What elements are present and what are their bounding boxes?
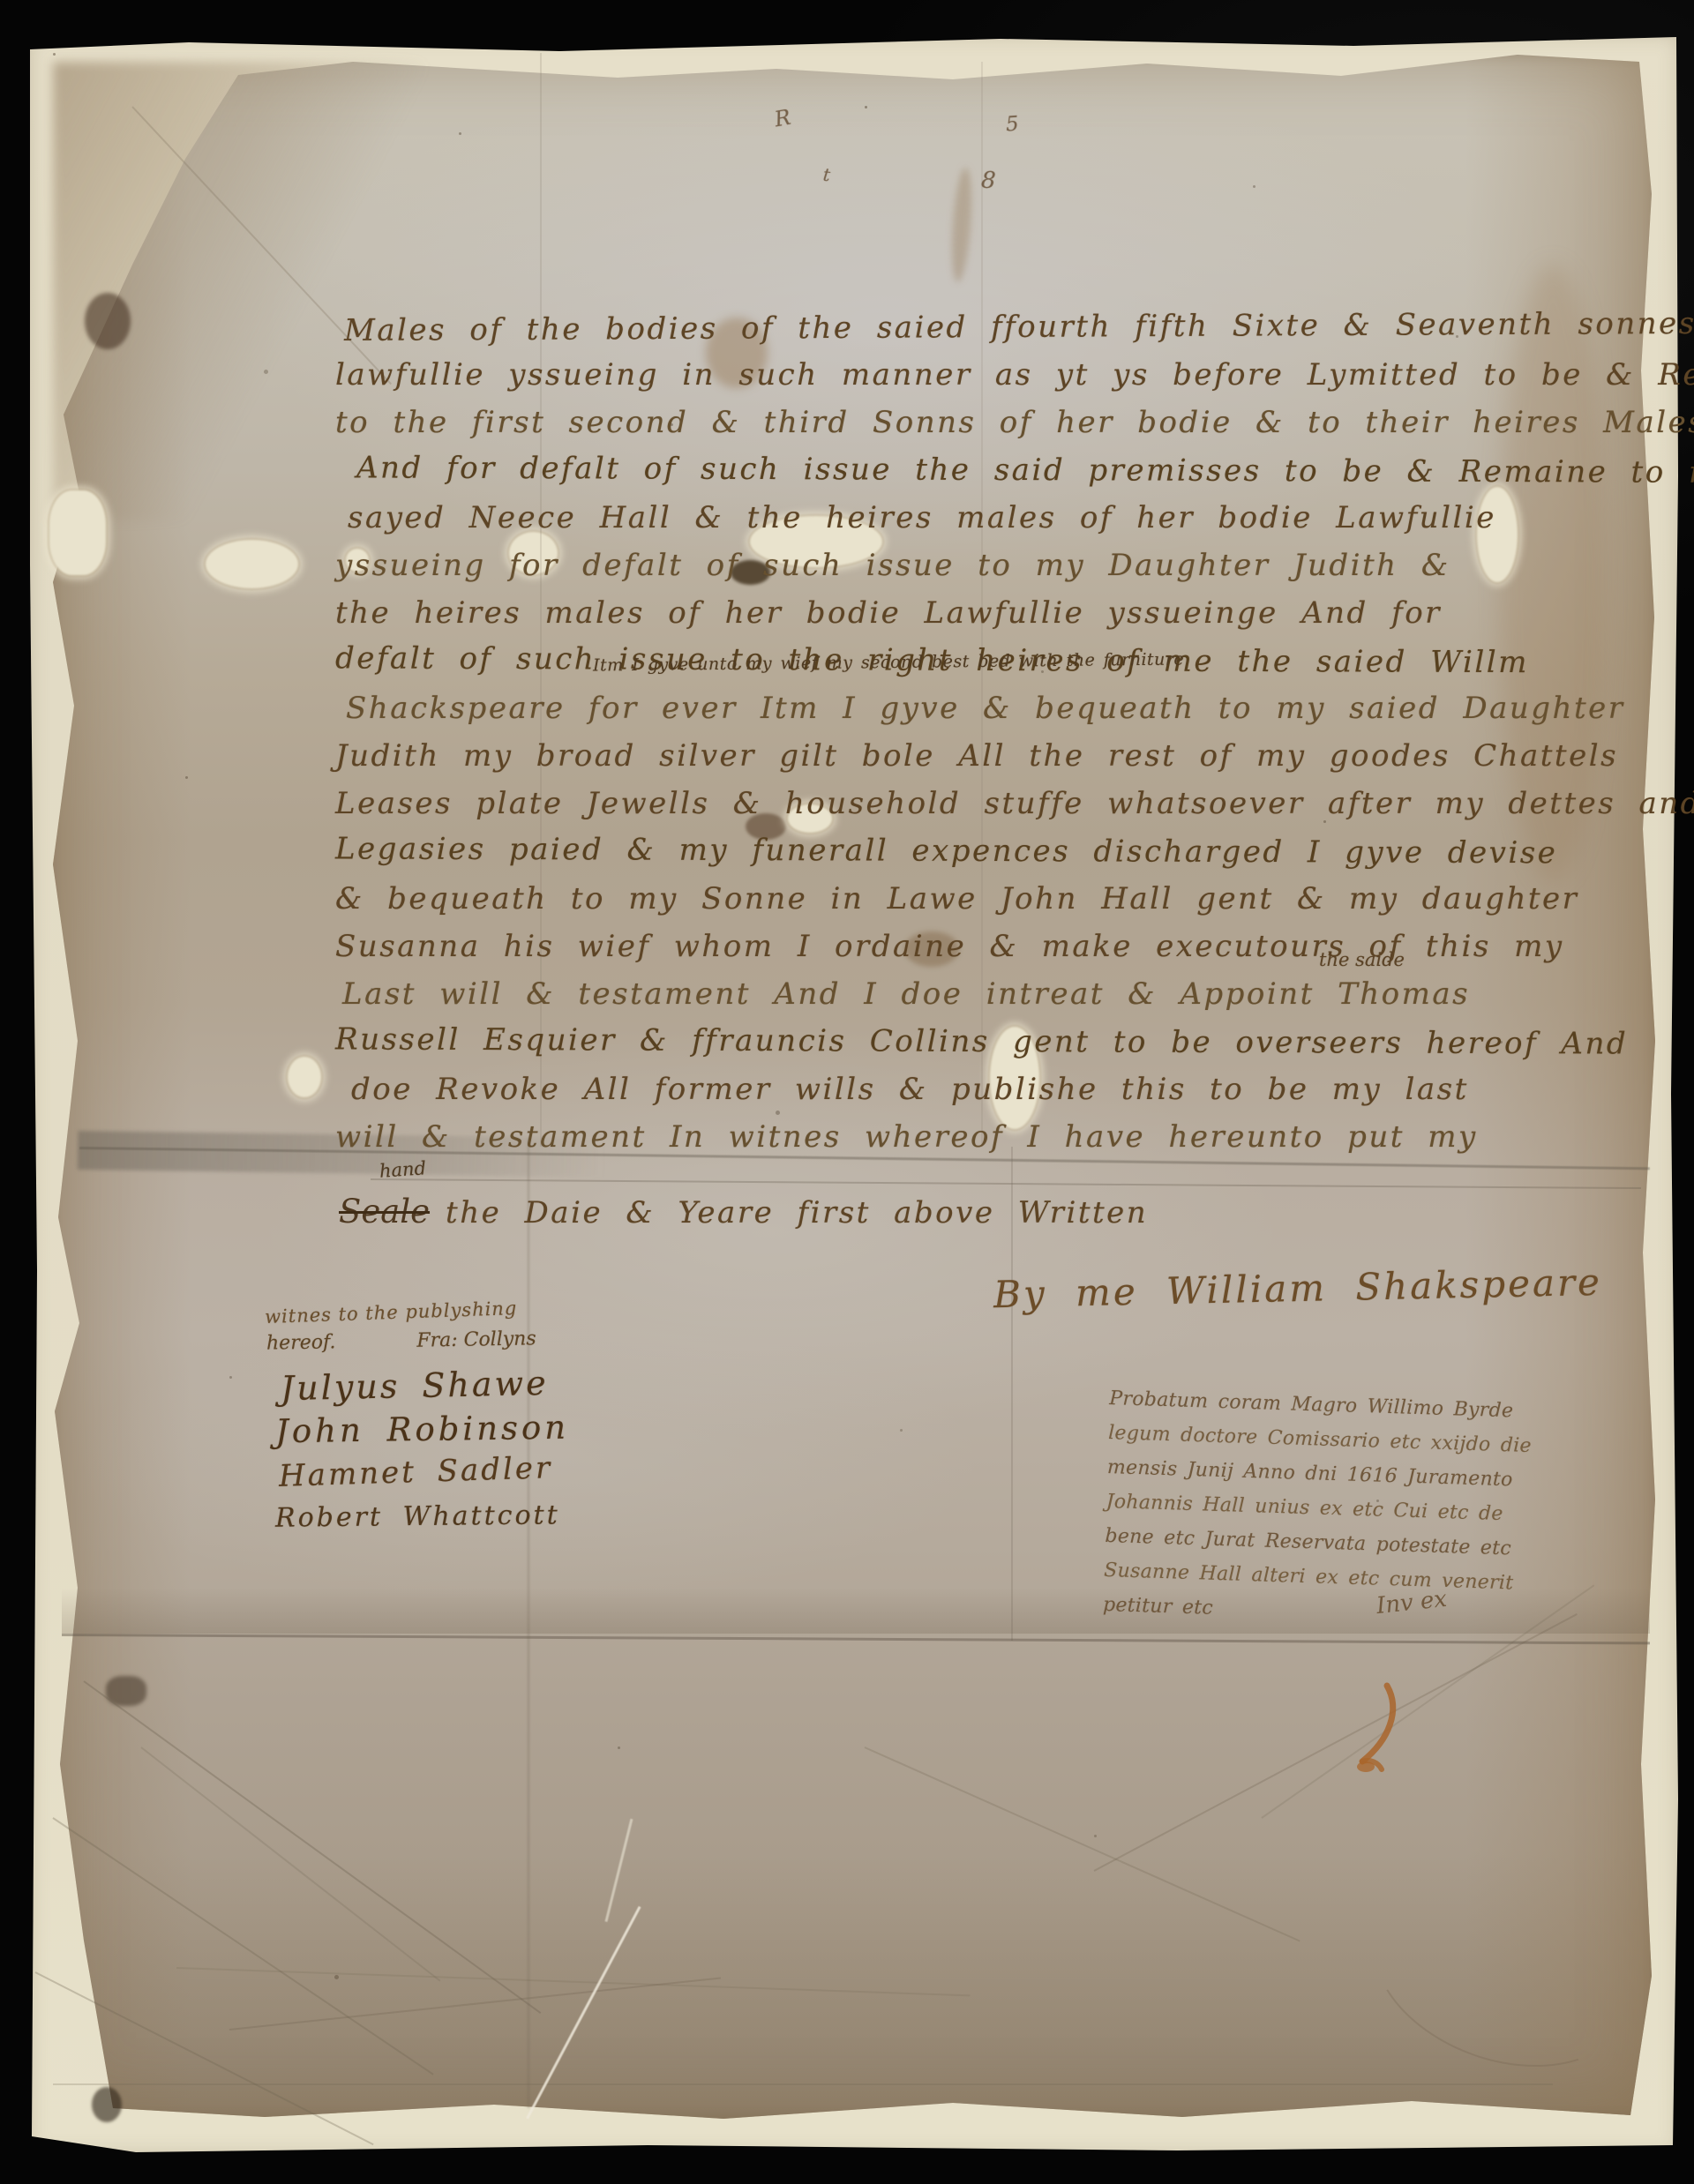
attestation-hereof: hereof. bbox=[266, 1331, 336, 1354]
witness-signature: Julyus Shawe bbox=[281, 1364, 549, 1408]
will-text-line: And for defalt of such issue the said pr… bbox=[356, 444, 1659, 496]
probate-note: Probatum coram Magro Willimo Byrdelegum … bbox=[1102, 1381, 1638, 1639]
stain bbox=[92, 2087, 122, 2122]
witness-signature: Robert Whattcott bbox=[275, 1500, 560, 1533]
will-text-line: Males of the bodies of the saied ffourth… bbox=[344, 300, 1659, 355]
crease-line bbox=[53, 2083, 1553, 2085]
will-text-line: Legasies paied & my funerall expences di… bbox=[335, 825, 1659, 877]
will-text-line: to the first second & third Sonns of her… bbox=[335, 399, 1659, 446]
will-text-line: Last will & testament And I doe intreat … bbox=[342, 970, 1659, 1018]
witness-signature: John Robinson bbox=[275, 1409, 570, 1451]
edge-tear bbox=[49, 490, 106, 575]
witness-signature-collyns: Fra: Collyns bbox=[416, 1328, 536, 1351]
stain bbox=[85, 293, 131, 349]
stray-mark: 5 bbox=[1005, 113, 1019, 137]
witness-signatures: Julyus ShaweJohn RobinsonHamnet SadlerRo… bbox=[275, 1366, 681, 1560]
red-ink-mark bbox=[1348, 1680, 1410, 1790]
will-text-line: the heires males of her bodie Lawfullie … bbox=[335, 589, 1659, 637]
dirt-specks bbox=[53, 53, 56, 56]
will-text-line: will & testament In witnes whereof I hav… bbox=[335, 1113, 1659, 1161]
witness-signature: Hamnet Sadler bbox=[278, 1450, 552, 1494]
paper-hole bbox=[288, 1057, 321, 1097]
interlineation-the-saide: the saide bbox=[1319, 949, 1405, 970]
will-text-line: Judith my broad silver gilt bole All the… bbox=[335, 732, 1659, 780]
will-text-line: yssueing for defalt of such issue to my … bbox=[335, 542, 1659, 589]
paper-hole bbox=[206, 540, 298, 588]
red-ink-mark-glyph bbox=[1348, 1680, 1410, 1786]
will-text-line: Shackspeare for ever Itm I gyve & bequea… bbox=[346, 684, 1659, 732]
will-text-line: sayed Neece Hall & the heires males of h… bbox=[348, 494, 1659, 542]
witness-attestation-line2: hereof. Fra: Collyns bbox=[266, 1328, 536, 1354]
will-text-line: & bequeath to my Sonne in Lawe John Hall… bbox=[335, 875, 1659, 923]
photograph-of-will-page: Rt58 Males of the bodies of the saied ff… bbox=[0, 0, 1694, 2184]
will-text-block: Males of the bodies of the saied ffourth… bbox=[335, 303, 1659, 1161]
will-text-line: Susanna his wief whom I ordaine & make e… bbox=[335, 923, 1659, 970]
will-text-line: doe Revoke All former wills & publishe t… bbox=[351, 1066, 1659, 1113]
will-final-line: Sealethe Daie & Yeare first above Writte… bbox=[339, 1193, 1148, 1230]
stray-mark: 8 bbox=[980, 168, 996, 195]
will-text-line: Leases plate Jewells & household stuffe … bbox=[335, 780, 1659, 827]
inserted-word-hand: hand bbox=[379, 1157, 427, 1182]
will-text-line: lawfullie yssueing in such manner as yt … bbox=[335, 351, 1659, 399]
struck-word-seale: Seale bbox=[339, 1193, 430, 1230]
final-line-text: the Daie & Yeare first above Written bbox=[446, 1195, 1148, 1230]
will-text-line: Russell Esquier & ffrauncis Collins gent… bbox=[335, 1015, 1659, 1067]
